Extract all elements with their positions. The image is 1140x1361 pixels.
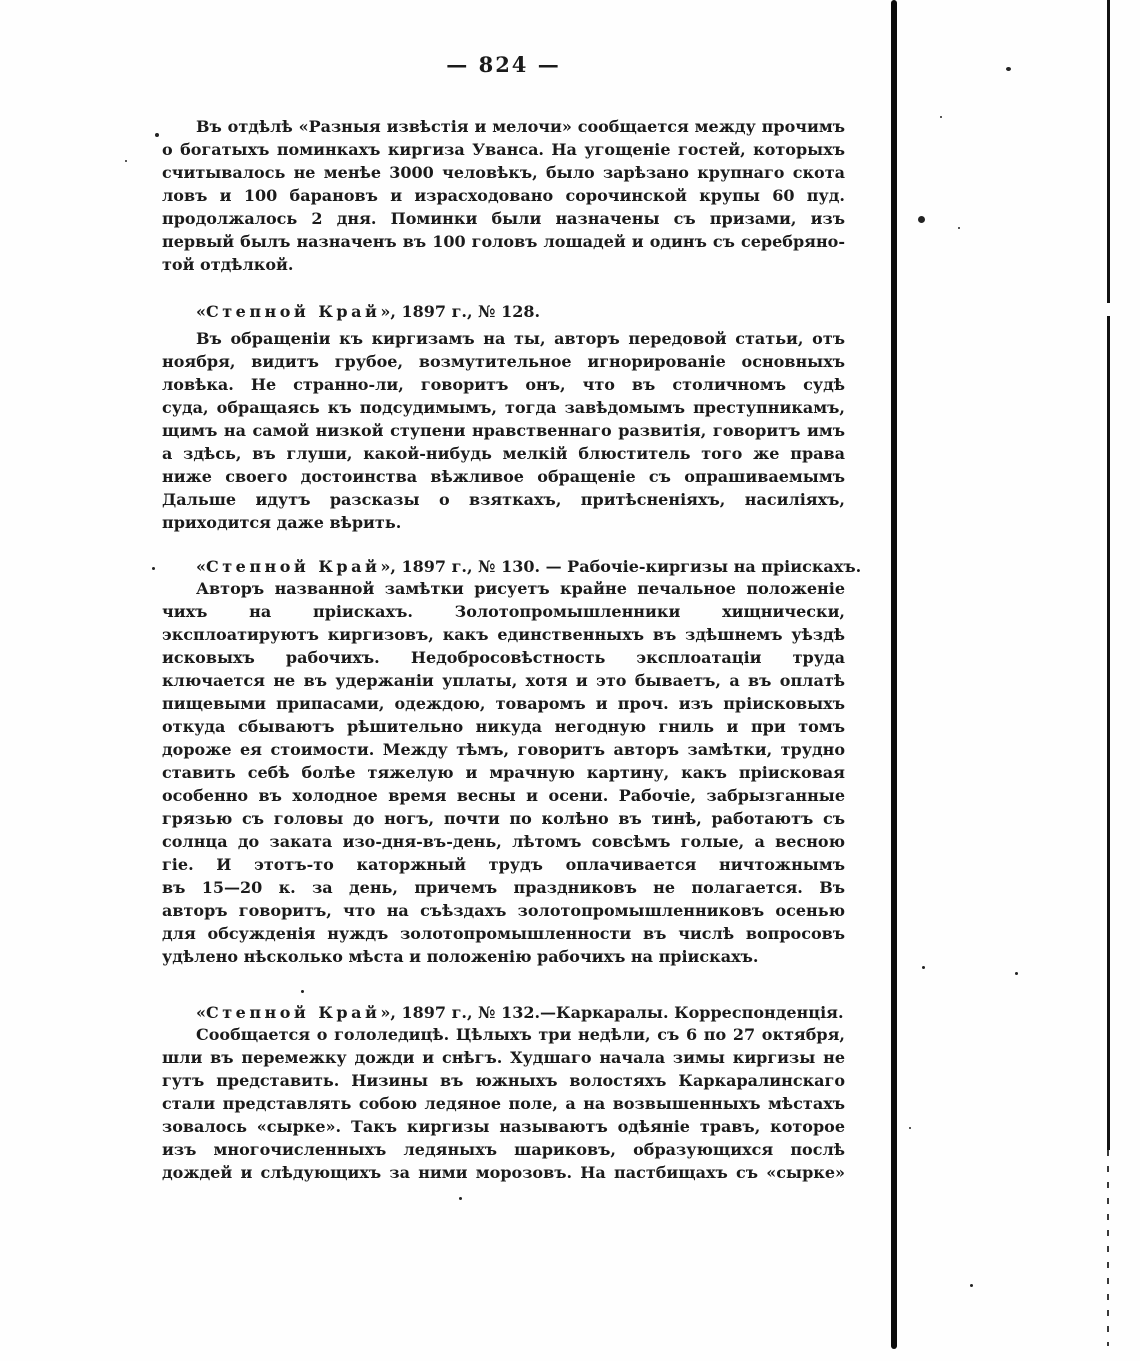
header-rest: », 1897 г., № 132.—Каркаралы. Корреспонд…	[380, 1003, 843, 1022]
section-header: «Степной Край», 1897 г., № 130. — Рабочі…	[162, 555, 845, 578]
scan-speck	[940, 116, 942, 118]
text-line: особенно въ холодное время весны и осени…	[162, 784, 845, 807]
text-line: суда, обращаясь къ подсудимымъ, тогда за…	[162, 396, 845, 419]
scan-speck	[970, 1284, 973, 1287]
section-header: «Степной Край», 1897 г., № 128.	[162, 300, 845, 323]
journal-name: Степной Край	[206, 302, 380, 321]
text-line: шли въ перемежку дожди и снѣгъ. Худшаго …	[162, 1046, 845, 1069]
text-line: откуда сбываютъ рѣшительно никуда негодн…	[162, 715, 845, 738]
text-line: пищевыми припасами, одеждою, товаромъ и …	[162, 692, 845, 715]
text-line: въ 15—20 к. за день, причемъ праздниковъ…	[162, 876, 845, 899]
text-line: гутъ представить. Низины въ южныхъ волос…	[162, 1069, 845, 1092]
open-quote: «	[196, 557, 206, 576]
text-line: удѣлено нѣсколько мѣста и положенію рабо…	[162, 945, 845, 968]
text-line: Сообщается о гололедицѣ. Цѣлыхъ три недѣ…	[162, 1023, 845, 1046]
text-line: стали представлять собою ледяное поле, а…	[162, 1092, 845, 1115]
open-quote: «	[196, 302, 206, 321]
gutter-rule	[891, 0, 897, 1349]
text-line: щимъ на самой низкой ступени нравственна…	[162, 419, 845, 442]
page-number: — 824 —	[162, 52, 845, 78]
text-line: ключается не въ удержаніи уплаты, хотя и…	[162, 669, 845, 692]
text-line: изъ многочисленныхъ ледяныхъ шариковъ, о…	[162, 1138, 845, 1161]
text-line: ловѣка. Не странно-ли, говоритъ онъ, что…	[162, 373, 845, 396]
scanned-book-page: — 824 — Въ отдѣлѣ «Разныя извѣстія и мел…	[0, 0, 1140, 1361]
text-line: той отдѣлкой.	[162, 253, 845, 276]
text-line: ставить себѣ болѣе тяжелую и мрачную кар…	[162, 761, 845, 784]
text-line: исковыхъ рабочихъ. Недобросовѣстность эк…	[162, 646, 845, 669]
text-line: продолжалось 2 дня. Поминки были назначе…	[162, 207, 845, 230]
text-line: ниже своего достоинства вѣжливое обращен…	[162, 465, 845, 488]
text-line: а здѣсь, въ глуши, какой-нибудь мелкій б…	[162, 442, 845, 465]
scan-speck	[155, 133, 159, 137]
scan-speck	[125, 160, 127, 162]
text-line: Дальше идутъ разсказы о взяткахъ, притѣс…	[162, 488, 845, 511]
text-line: дождей и слѣдующихъ за ними морозовъ. На…	[162, 1161, 845, 1184]
journal-name: Степной Край	[206, 557, 380, 576]
text-line: Авторъ названной замѣтки рисуетъ крайне …	[162, 577, 845, 600]
text-line: первый былъ назначенъ въ 100 головъ лоша…	[162, 230, 845, 253]
text-line: грязью съ головы до ногъ, почти по колѣн…	[162, 807, 845, 830]
text-line: приходится даже вѣрить.	[162, 511, 845, 534]
section-paragraph: Авторъ названной замѣтки рисуетъ крайне …	[162, 577, 845, 968]
page-edge-rule	[1107, 1150, 1109, 1346]
text-line: Въ отдѣлѣ «Разныя извѣстія и мелочи» соо…	[162, 115, 845, 138]
text-line: ноября, видитъ грубое, возмутительное иг…	[162, 350, 845, 373]
scan-speck	[1006, 67, 1011, 71]
text-line: дороже ея стоимости. Между тѣмъ, говорит…	[162, 738, 845, 761]
scan-speck	[958, 227, 960, 229]
text-line: гіе. И этотъ-то каторжный трудъ оплачива…	[162, 853, 845, 876]
scan-speck	[301, 990, 304, 993]
scan-speck	[459, 1197, 462, 1200]
journal-name: Степной Край	[206, 1003, 380, 1022]
page-edge-rule	[1107, 0, 1110, 303]
scan-speck	[909, 1127, 911, 1129]
text-line: для обсужденія нуждъ золотопромышленност…	[162, 922, 845, 945]
intro-paragraph: Въ отдѣлѣ «Разныя извѣстія и мелочи» соо…	[162, 115, 845, 276]
text-line: эксплоатируютъ киргизовъ, какъ единствен…	[162, 623, 845, 646]
page-edge-rule	[1107, 316, 1110, 1150]
scan-speck	[918, 216, 925, 223]
text-line: Въ обращеніи къ киргизамъ на ты, авторъ …	[162, 327, 845, 350]
text-line: ловъ и 100 барановъ и израсходовано соро…	[162, 184, 845, 207]
text-line: авторъ говоритъ, что на съѣздахъ золотоп…	[162, 899, 845, 922]
text-line: считывалось не менѣе 3000 человѣкъ, было…	[162, 161, 845, 184]
text-line: чихъ на пріискахъ. Золотопромышленники х…	[162, 600, 845, 623]
section-header: «Степной Край», 1897 г., № 132.—Каркарал…	[162, 1001, 845, 1024]
scan-speck	[152, 567, 155, 570]
text-line: зовалось «сырке». Такъ киргизы называютъ…	[162, 1115, 845, 1138]
section-paragraph: Сообщается о гололедицѣ. Цѣлыхъ три недѣ…	[162, 1023, 845, 1184]
text-line: солнца до заката изо-дня-въ-день, лѣтомъ…	[162, 830, 845, 853]
section-paragraph: Въ обращеніи къ киргизамъ на ты, авторъ …	[162, 327, 845, 534]
scan-speck	[1015, 972, 1018, 975]
header-rest: », 1897 г., № 130. — Рабочіе-киргизы на …	[380, 557, 861, 576]
scan-speck	[922, 966, 925, 969]
open-quote: «	[196, 1003, 206, 1022]
header-rest: », 1897 г., № 128.	[380, 302, 540, 321]
text-line: о богатыхъ поминкахъ киргиза Уванса. На …	[162, 138, 845, 161]
